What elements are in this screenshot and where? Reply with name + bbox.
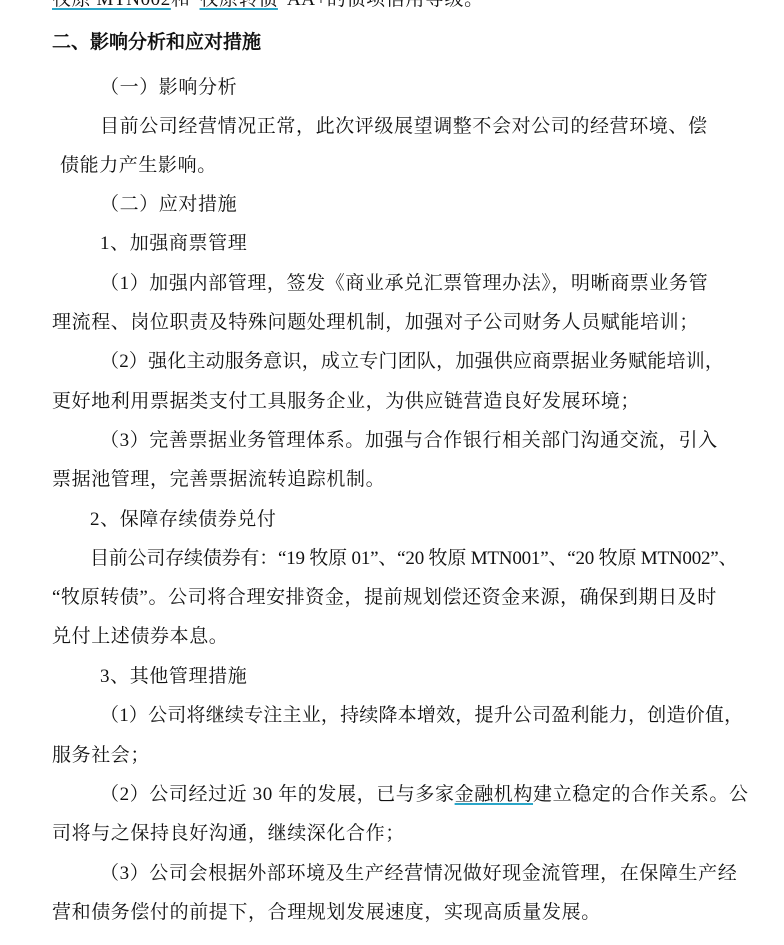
item-title-2: 2、保障存续债券兑付 — [90, 508, 277, 532]
item3-para1-line: （1）公司将继续专注主业，持续降本增效，提升公司盈利能力，创造价值， — [100, 704, 743, 728]
impact-para-line: 债能力产生影响。 — [60, 154, 217, 178]
item3-para2-line: 司将与之保持良好沟通，继续深化合作； — [52, 822, 405, 846]
rating-text: ”AA+的债项信用等级。 — [278, 0, 484, 10]
item1-para3-line: （3）完善票据业务管理体系。加强与合作银行相关部门沟通交流，引入 — [100, 429, 718, 453]
item3-para3-line: 营和债务偿付的前提下，合理规划发展速度，实现高质量发展。 — [52, 901, 601, 925]
item1-para1-line: 理流程、岗位职责及特殊问题处理机制，加强对子公司财务人员赋能培训； — [52, 311, 699, 335]
item3-para2-line: （2）公司经过近 30 年的发展，已与多家金融机构建立稳定的合作关系。公 — [100, 783, 749, 807]
item1-para3-line: 票据池管理，完善票据流转追踪机制。 — [52, 468, 385, 492]
item1-para1-line: （1）加强内部管理，签发《商业承兑汇票管理办法》，明晰商票业务管 — [100, 272, 708, 296]
impact-para-line: 目前公司经营情况正常，此次评级展望调整不会对公司的经营环境、偿 — [100, 115, 708, 139]
item1-para2-line: 更好地利用票据类支付工具服务企业，为供应链营造良好发展环境； — [52, 390, 640, 414]
item-title-1: 1、加强商票管理 — [100, 232, 247, 256]
item3-para3-line: （3）公司会根据外部环境及生产经营情况做好现金流管理，在保障生产经 — [100, 862, 737, 886]
item2-para-line: “牧原转债”。公司将合理安排资金，提前规划偿还资金来源，确保到期日及时 — [52, 586, 717, 610]
subsection-title-impact: （一）影响分析 — [100, 76, 237, 100]
bond-link-mtn002[interactable]: 牧原 MTN002 — [52, 0, 171, 10]
top-partial-line: 牧原 MTN002和“牧原转债”AA+的债项信用等级。 — [52, 0, 484, 12]
para-text: 建立稳定的合作关系。公 — [533, 784, 749, 805]
item2-para-line: 目前公司存续债券有：“19 牧原 01”、“20 牧原 MTN001”、“20 … — [90, 547, 737, 571]
item1-para2-line: （2）强化主动服务意识，成立专门团队，加强供应商票据业务赋能培训， — [100, 350, 724, 374]
financial-institutions-link[interactable]: 金融机构 — [455, 784, 533, 805]
subsection-title-measures: （二）应对措施 — [100, 193, 237, 217]
item-title-3: 3、其他管理措施 — [100, 665, 247, 689]
document-page: 牧原 MTN002和“牧原转债”AA+的债项信用等级。 二、影响分析和应对措施 … — [0, 0, 784, 945]
para-text: （2）公司经过近 30 年的发展，已与多家 — [100, 784, 455, 805]
item2-para-line: 兑付上述债券本息。 — [52, 625, 228, 649]
bond-link-convertible[interactable]: 牧原转债 — [200, 0, 278, 10]
item3-para1-line: 服务社会； — [52, 744, 150, 768]
connector-text: 和“ — [171, 0, 200, 10]
section-title: 二、影响分析和应对措施 — [52, 30, 261, 54]
